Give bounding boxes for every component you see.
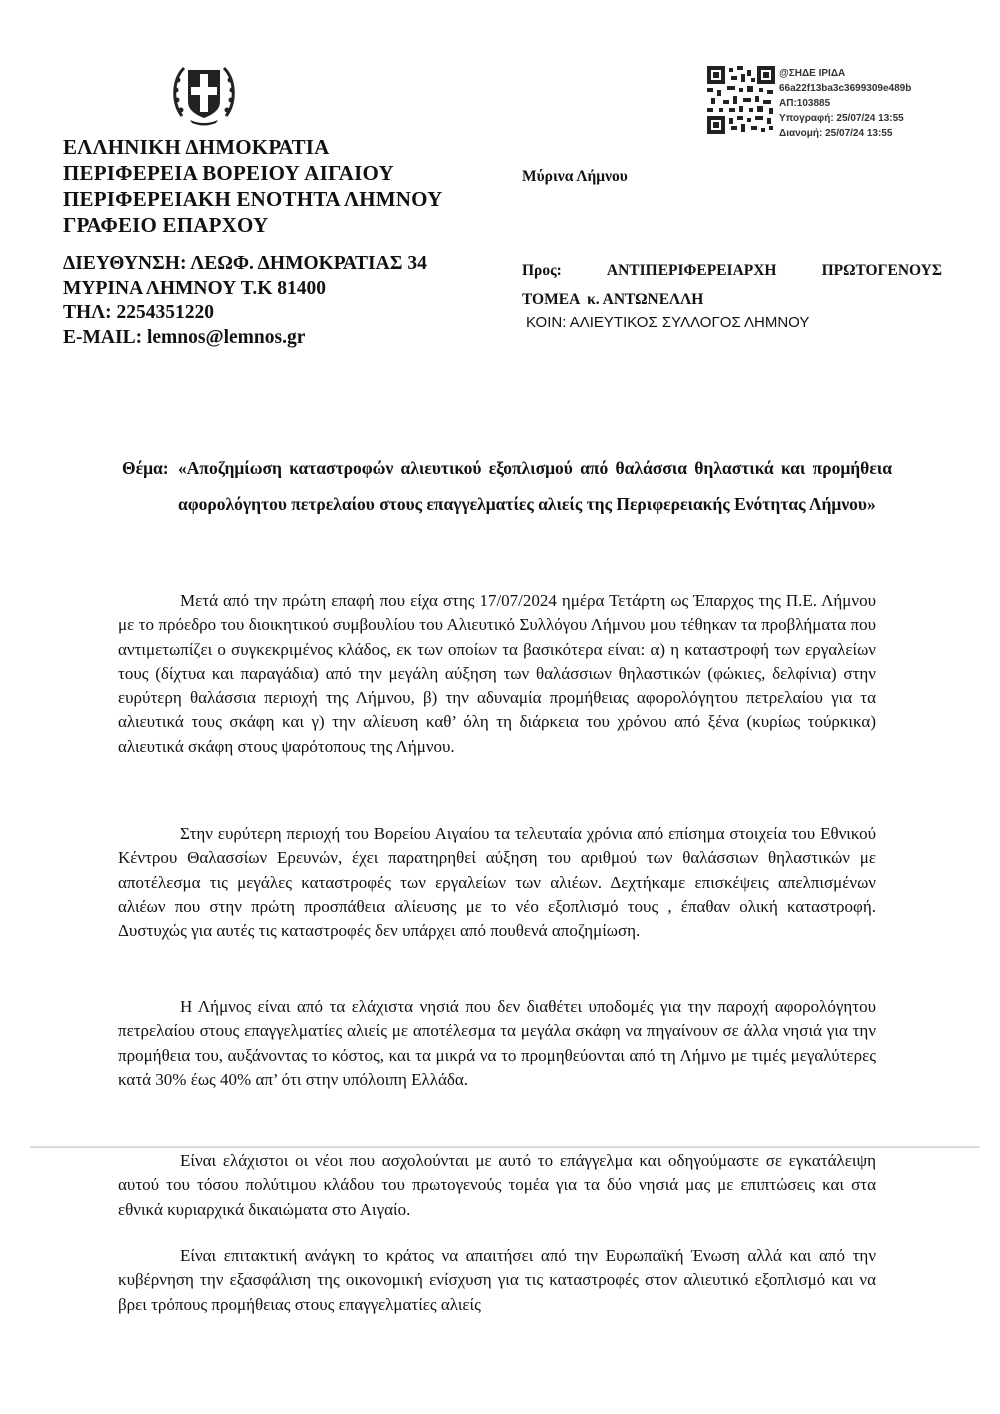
subject-text: «Αποζημίωση καταστροφών αλιευτικού εξοπλ… [178,450,892,522]
address-line: ΔΙΕΥΘΥΝΣΗ: ΛΕΩΦ. ΔΗΜΟΚΡΑΤΙΑΣ 34 [63,252,427,277]
header-line: ΓΡΑΦΕΙΟ ΕΠΑΡΧΟΥ [63,212,443,238]
paragraph-text: Είναι ελάχιστοι οι νέοι που ασχολούνται … [118,1149,876,1222]
subject-block: Θέμα: «Αποζημίωση καταστροφών αλιευτικού… [122,450,892,522]
paragraph: Είναι επιτακτική ανάγκη το κράτος να απα… [118,1244,876,1317]
address-line: ΜΥΡΙΝΑ ΛΗΜΝΟΥ Τ.Κ 81400 [63,277,427,302]
greek-coat-of-arms-icon [168,60,240,128]
recipient-label: Προς: [522,256,562,285]
header-line: ΠΕΡΙΦΕΡΕΙΑ ΒΟΡΕΙΟΥ ΑΙΓΑΙΟΥ [63,160,443,186]
issuer-address: ΔΙΕΥΘΥΝΣΗ: ΛΕΩΦ. ΔΗΜΟΚΡΑΤΙΑΣ 34 ΜΥΡΙΝΑ Λ… [63,252,427,350]
recipient-sector: ΠΡΩΤΟΓΕΝΟΥΣ [822,256,942,285]
subject-label: Θέμα: [122,450,169,486]
recipient-title: ΑΝΤΙΠΕΡΙΦΕΡΕΙΑΡΧΗ [607,256,777,285]
paragraph-text: Μετά από την πρώτη επαφή που είχα στης 1… [118,589,876,759]
scan-fold-line [30,1146,980,1148]
stamp-system: @ΣΗΔΕ ΙΡΙΔΑ [779,66,911,81]
place-of-issue: Μύρινα Λήμνου [522,168,628,186]
address-line: ΤΗΛ: 2254351220 [63,301,427,326]
carbon-copy: ΚΟΙΝ: ΑΛΙΕΥΤΙΚΟΣ ΣΥΛΛΟΓΟΣ ΛΗΜΝΟΥ [526,314,809,331]
paragraph: Η Λήμνος είναι από τα ελάχιστα νησιά που… [118,995,876,1092]
digital-signature-stamp: @ΣΗΔΕ ΙΡΙΔΑ 66a22f13ba3c3699309e489b ΑΠ:… [707,66,967,144]
recipient-name: ΤΟΜΕΑ κ. ΑΝΤΩΝΕΛΛΗ [522,285,942,314]
paragraph-text: Είναι επιτακτική ανάγκη το κράτος να απα… [118,1244,876,1317]
stamp-hash: 66a22f13ba3c3699309e489b [779,81,911,96]
paragraph: Μετά από την πρώτη επαφή που είχα στης 1… [118,589,876,759]
stamp-protocol-number: ΑΠ:103885 [779,96,911,111]
stamp-distribution-date: Διανομή: 25/07/24 13:55 [779,126,911,141]
paragraph-text: Στην ευρύτερη περιοχή του Βορείου Αιγαίο… [118,822,876,943]
stamp-signature-date: Υπογραφή: 25/07/24 13:55 [779,111,911,126]
header-line: ΠΕΡΙΦΕΡΕΙΑΚΗ ΕΝΟΤΗΤΑ ΛΗΜΝΟΥ [63,186,443,212]
paragraph-text: Η Λήμνος είναι από τα ελάχιστα νησιά που… [118,995,876,1092]
address-email: E-MAIL: lemnos@lemnos.gr [63,326,427,351]
header-line: ΕΛΛΗΝΙΚΗ ΔΗΜΟΚΡΑΤΙΑ [63,134,443,160]
recipient-block: Προς: ΑΝΤΙΠΕΡΙΦΕΡΕΙΑΡΧΗ ΠΡΩΤΟΓΕΝΟΥΣ ΤΟΜΕ… [522,256,942,314]
paragraph: Είναι ελάχιστοι οι νέοι που ασχολούνται … [118,1149,876,1222]
issuer-header: ΕΛΛΗΝΙΚΗ ΔΗΜΟΚΡΑΤΙΑ ΠΕΡΙΦΕΡΕΙΑ ΒΟΡΕΙΟΥ Α… [63,134,443,238]
paragraph: Στην ευρύτερη περιοχή του Βορείου Αιγαίο… [118,822,876,943]
qr-code-icon [707,66,775,134]
